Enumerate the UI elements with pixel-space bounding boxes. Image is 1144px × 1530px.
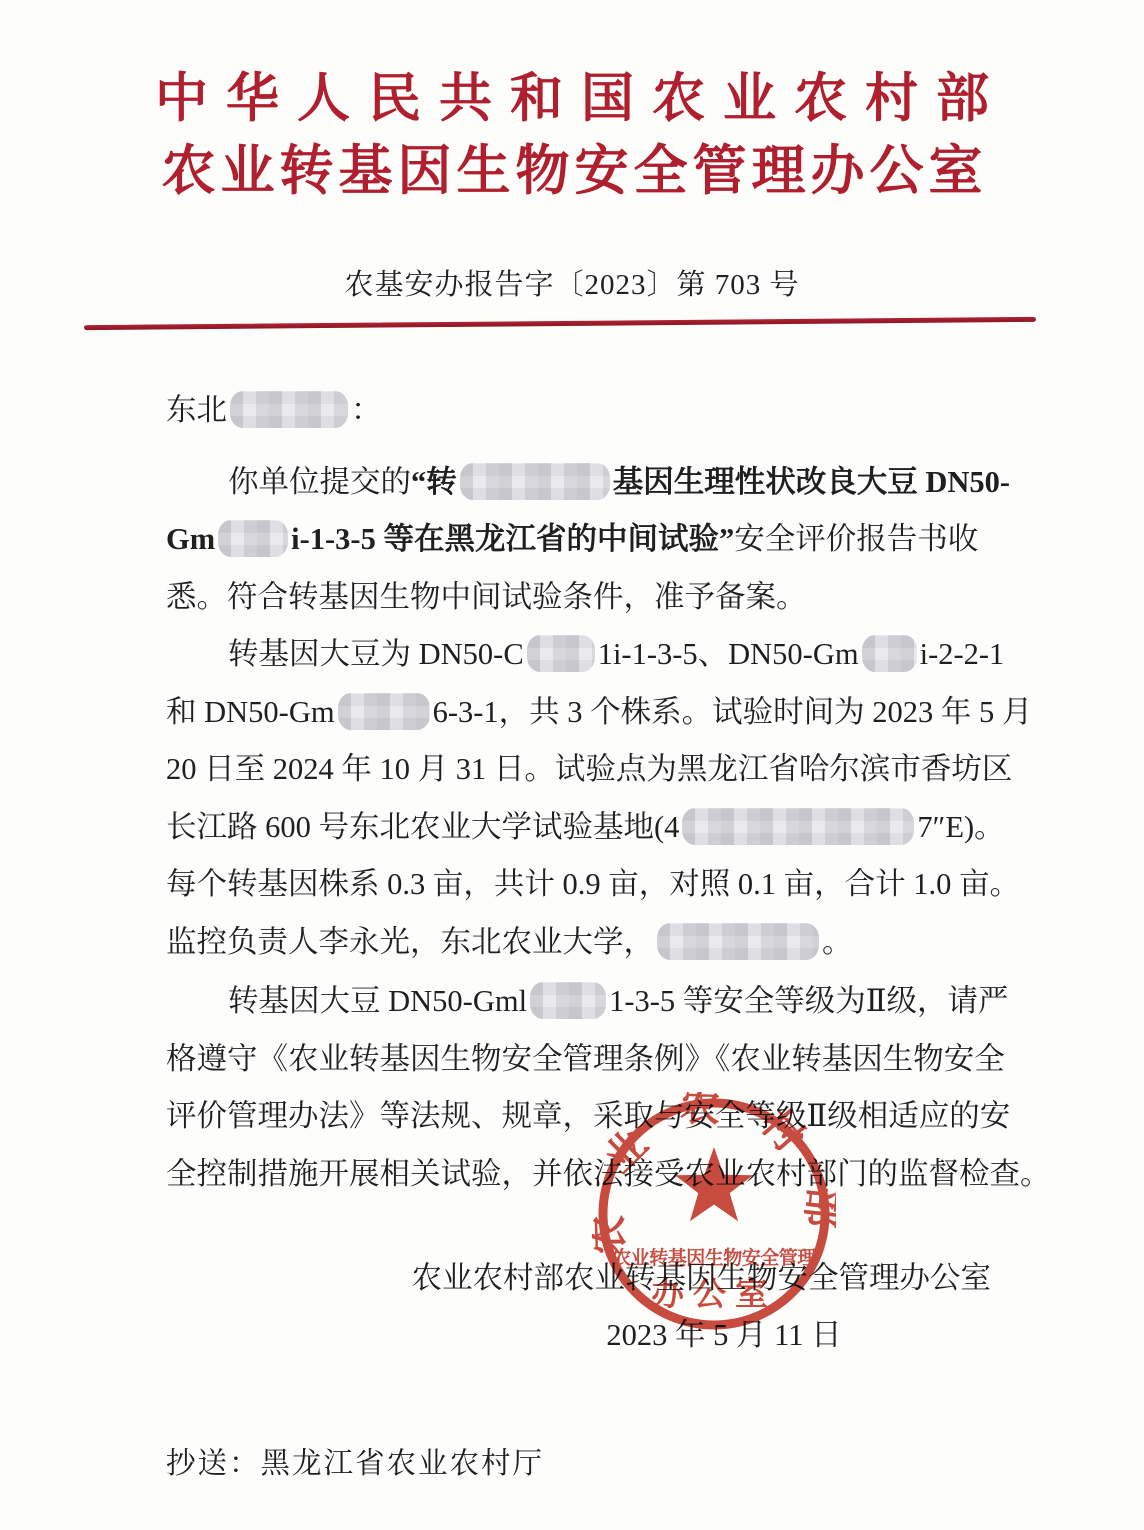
body-text: 长江路 600 号东北农业大学试验基地(4 [166,810,679,844]
body-text: Gm [166,522,215,556]
body-text: 监控负责人李永光，东北农业大学， [166,925,654,959]
redaction-blur [527,635,595,672]
addressee-line: 东北： [166,382,1012,440]
body-text: 。 [822,925,853,959]
redaction-blur [338,693,430,730]
letter-body: 东北：你单位提交的“转基因生理性状改良大豆 DN50-Gmi-1-3-5 等在黑… [166,382,1012,1203]
redaction-blur [657,923,819,960]
body-line: 20 日至 2024 年 10 月 31 日。试验点为黑龙江省哈尔滨市香坊区 [166,741,1012,799]
letterhead-line1: 中华人民共和国农业农村部 [0,66,1144,132]
redaction-blur [218,520,288,557]
body-line: 你单位提交的“转基因生理性状改良大豆 DN50- [166,454,1012,512]
redaction-blur [862,635,917,672]
body-text: 1-3-5 等安全等级为Ⅱ级，请严 [609,984,1008,1018]
copy-to-line: 抄送：黑龙江省农业农村厅 [166,1440,544,1482]
body-text: 转基因大豆为 DN50-C [228,637,524,671]
redaction-blur [682,808,914,845]
body-text: “转 [411,465,457,499]
redaction-blur [530,982,606,1019]
redaction-blur [460,463,610,500]
body-text: 每个转基因株系 0.3 亩，共计 0.9 亩，对照 0.1 亩，合计 1.0 亩… [166,867,1020,901]
body-text: 全控制措施开展相关试验，并依法接受农业农村部门的监督检查。 [166,1157,1051,1191]
body-line: 每个转基因株系 0.3 亩，共计 0.9 亩，对照 0.1 亩，合计 1.0 亩… [166,856,1012,914]
body-line: 监控负责人李永光，东北农业大学，。 [166,914,1012,972]
body-text: 和 DN50-Gm [166,695,335,729]
body-line: 评价管理办法》等法规、规章，采取与安全等级Ⅱ级相适应的安 [166,1088,1012,1146]
body-line: 悉。符合转基因生物中间试验条件，准予备案。 [166,569,1012,627]
body-line: 转基因大豆为 DN50-C1i-1-3-5、DN50-Gmi-2-2-1 [166,626,1012,684]
body-text: 转基因大豆 DN50-Gml [228,984,527,1018]
body-line: Gmi-1-3-5 等在黑龙江省的中间试验”安全评价报告书收 [166,511,1012,569]
body-text: 1i-1-3-5、DN50-Gm [598,637,859,671]
official-letter-page: 中华人民共和国农业农村部 农业转基因生物安全管理办公室 农基安办报告字〔2023… [0,0,1144,1530]
red-divider-rule [84,317,1036,330]
letterhead-line2: 农业转基因生物安全管理办公室 [0,138,1144,204]
body-text: 7″E)。 [917,810,1004,844]
body-text: 悉。符合转基因生物中间试验条件，准予备案。 [166,580,807,614]
body-text: ： [351,393,382,427]
body-line: 转基因大豆 DN50-Gml1-3-5 等安全等级为Ⅱ级，请严 [166,973,1012,1031]
redaction-blur [230,391,348,428]
body-line: 和 DN50-Gm6-3-1，共 3 个株系。试验时间为 2023 年 5 月 [166,684,1012,742]
body-text: i-1-3-5 等在黑龙江省的中间试验” [291,522,734,556]
body-line: 全控制措施开展相关试验，并依法接受农业农村部门的监督检查。 [166,1146,1012,1204]
letterhead: 中华人民共和国农业农村部 农业转基因生物安全管理办公室 [0,66,1144,204]
body-text: 20 日至 2024 年 10 月 31 日。试验点为黑龙江省哈尔滨市香坊区 [166,752,1012,786]
signature-date: 2023 年 5 月 11 日 [152,1310,1144,1354]
document-number: 农基安办报告字〔2023〕第 703 号 [0,262,1144,303]
body-text: i-2-2-1 [920,637,1005,671]
body-text: 东北 [166,393,227,427]
body-text: 安全评价报告书收 [734,522,978,556]
body-text: 6-3-1，共 3 个株系。试验时间为 2023 年 5 月 [433,695,1033,729]
body-text: 评价管理办法》等法规、规章，采取与安全等级Ⅱ级相适应的安 [166,1099,1010,1133]
body-text: 格遵守《农业转基因生物安全管理条例》《农业转基因生物安全 [166,1042,1005,1076]
body-line: 长江路 600 号东北农业大学试验基地(47″E)。 [166,799,1012,857]
body-text: 你单位提交的 [228,465,411,499]
body-line: 格遵守《农业转基因生物安全管理条例》《农业转基因生物安全 [166,1031,1012,1089]
body-text: 基因生理性状改良大豆 DN50- [613,465,1010,499]
signature-office: 农业农村部农业转基因生物安全管理办公室 [0,1253,1144,1297]
